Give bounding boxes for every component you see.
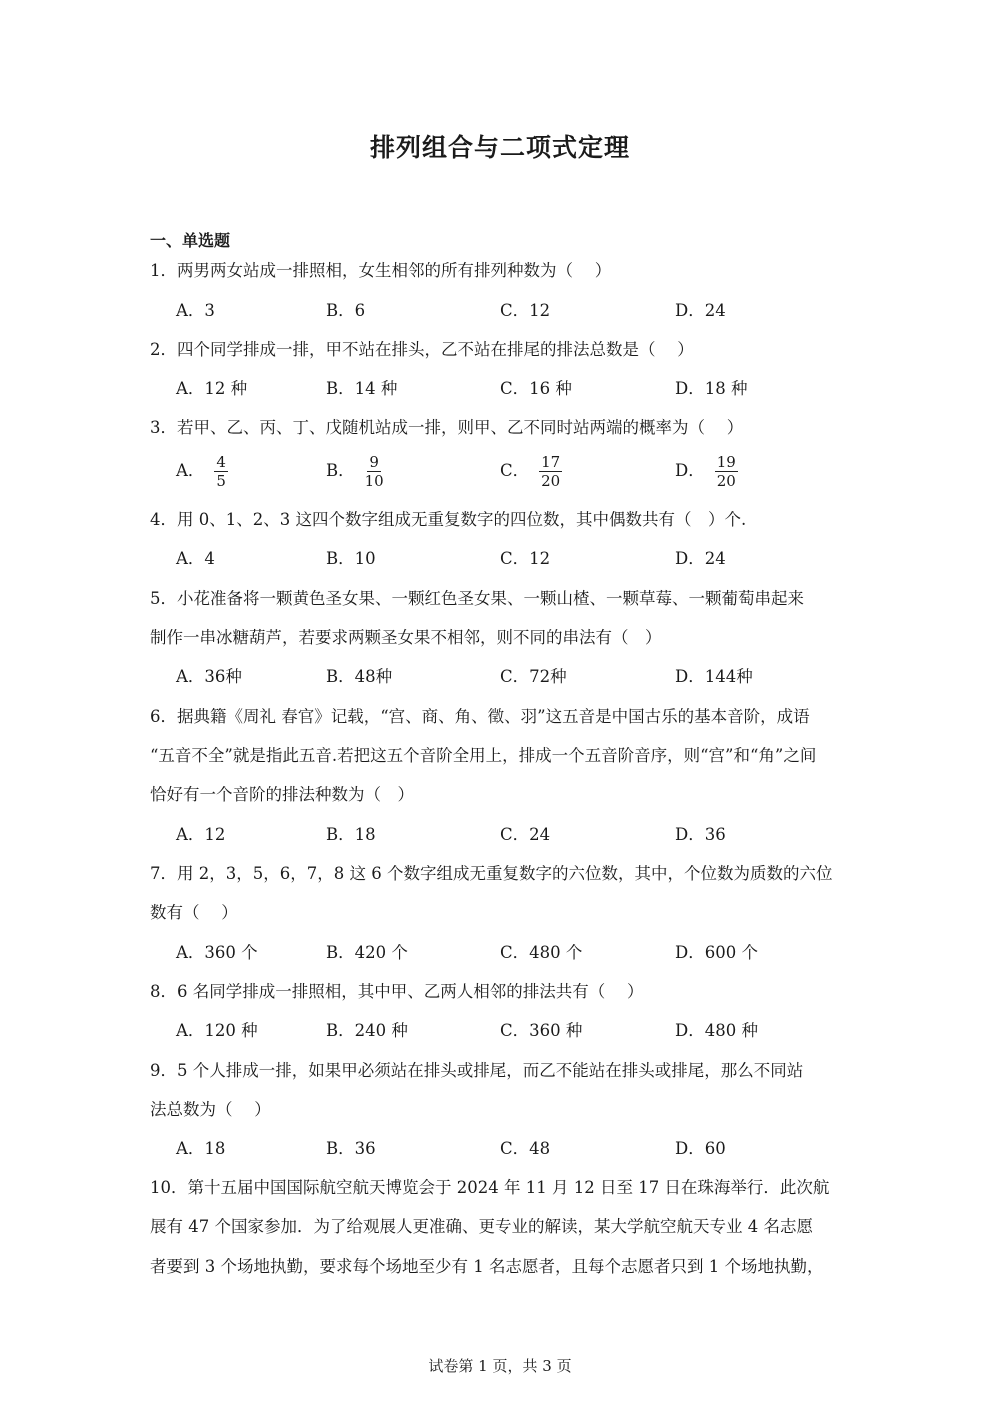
- q7-option-a: A．360 个: [176, 942, 258, 964]
- q9-option-d: D．60: [675, 1138, 726, 1160]
- fraction: 1720: [539, 453, 562, 490]
- q6-option-c: C．24: [500, 824, 550, 846]
- question-8-text: 8．6 名同学排成一排照相，其中甲、乙两人相邻的排法共有（ ）: [150, 981, 644, 1003]
- question-2-text: 2．四个同学排成一排，甲不站在排头，乙不站在排尾的排法总数是（ ）: [150, 339, 694, 361]
- q5-option-b: B．48种: [326, 666, 392, 688]
- q1-option-d: D．24: [675, 300, 726, 322]
- q6-option-a: A．12: [176, 824, 225, 846]
- question-1-text: 1．两男两女站成一排照相，女生相邻的所有排列种数为（ ）: [150, 260, 611, 282]
- q5-option-d: D．144种: [675, 666, 753, 688]
- q2-option-b: B．14 种: [326, 378, 397, 400]
- section-heading: 一、单选题: [150, 228, 230, 251]
- q7-option-b: B．420 个: [326, 942, 408, 964]
- page-title: 排列组合与二项式定理: [0, 128, 1000, 164]
- question-10-text-line-1: 10．第十五届中国国际航空航天博览会于 2024 年 11 月 12 日至 17…: [150, 1177, 829, 1199]
- q7-option-d: D．600 个: [675, 942, 758, 964]
- question-10-text-line-3: 者要到 3 个场地执勤，要求每个场地至少有 1 名志愿者，且每个志愿者只到 1 …: [150, 1256, 823, 1278]
- q1-option-c: C．12: [500, 300, 550, 322]
- q5-option-a: A．36种: [176, 666, 242, 688]
- q3-option-d: D．1920: [675, 453, 738, 490]
- q7-option-c: C．480 个: [500, 942, 582, 964]
- q8-option-c: C．360 种: [500, 1020, 582, 1042]
- q4-option-a: A．4: [176, 548, 215, 570]
- q8-option-b: B．240 种: [326, 1020, 408, 1042]
- q4-option-d: D．24: [675, 548, 726, 570]
- q8-option-d: D．480 种: [675, 1020, 758, 1042]
- q3-option-c: C．1720: [500, 453, 562, 490]
- question-5-text-line-2: 制作一串冰糖葫芦，若要求两颗圣女果不相邻，则不同的串法有（ ）: [150, 627, 662, 649]
- fraction: 1920: [715, 453, 738, 490]
- question-6-text-line-2: “五音不全”就是指此五音.若把这五个音阶全用上，排成一个五音阶音序，则“宫”和“…: [150, 745, 816, 767]
- q6-option-b: B．18: [326, 824, 376, 846]
- question-6-text-line-1: 6．据典籍《周礼 春官》记载，“宫、商、角、徵、羽”这五音是中国古乐的基本音阶，…: [150, 706, 810, 728]
- q8-option-a: A．120 种: [176, 1020, 258, 1042]
- q2-option-d: D．18 种: [675, 378, 747, 400]
- q9-option-b: B．36: [326, 1138, 376, 1160]
- question-7-text-line-2: 数有（ ）: [150, 902, 238, 924]
- question-5-text-line-1: 5．小花准备将一颗黄色圣女果、一颗红色圣女果、一颗山楂、一颗草莓、一颗葡萄串起来: [150, 588, 804, 610]
- fraction: 910: [365, 453, 384, 490]
- page-footer: 试卷第 1 页，共 3 页: [0, 1355, 1000, 1376]
- q9-option-c: C．48: [500, 1138, 550, 1160]
- q2-option-a: A．12 种: [176, 378, 247, 400]
- fraction: 45: [214, 453, 228, 490]
- question-4-text: 4．用 0、1、2、3 这四个数字组成无重复数字的四位数，其中偶数共有（ ）个.: [150, 509, 746, 531]
- q1-option-a: A．3: [176, 300, 215, 322]
- q4-option-c: C．12: [500, 548, 550, 570]
- question-9-text-line-1: 9．5 个人排成一排，如果甲必须站在排头或排尾，而乙不能站在排头或排尾，那么不同…: [150, 1060, 803, 1082]
- q5-option-c: C．72种: [500, 666, 567, 688]
- q1-option-b: B．6: [326, 300, 365, 322]
- q2-option-c: C．16 种: [500, 378, 572, 400]
- q9-option-a: A．18: [176, 1138, 225, 1160]
- q3-option-a: A．45: [176, 453, 228, 490]
- question-10-text-line-2: 展有 47 个国家参加．为了给观展人更准确、更专业的解读，某大学航空航天专业 4…: [150, 1216, 813, 1238]
- q6-option-d: D．36: [675, 824, 726, 846]
- q4-option-b: B．10: [326, 548, 376, 570]
- question-3-text: 3．若甲、乙、丙、丁、戊随机站成一排，则甲、乙不同时站两端的概率为（ ）: [150, 417, 743, 439]
- question-7-text-line-1: 7．用 2，3，5，6，7，8 这 6 个数字组成无重复数字的六位数，其中，个位…: [150, 863, 832, 885]
- question-9-text-line-2: 法总数为（ ）: [150, 1099, 271, 1121]
- q3-option-b: B．910: [326, 453, 384, 490]
- question-6-text-line-3: 恰好有一个音阶的排法种数为（ ）: [150, 784, 414, 806]
